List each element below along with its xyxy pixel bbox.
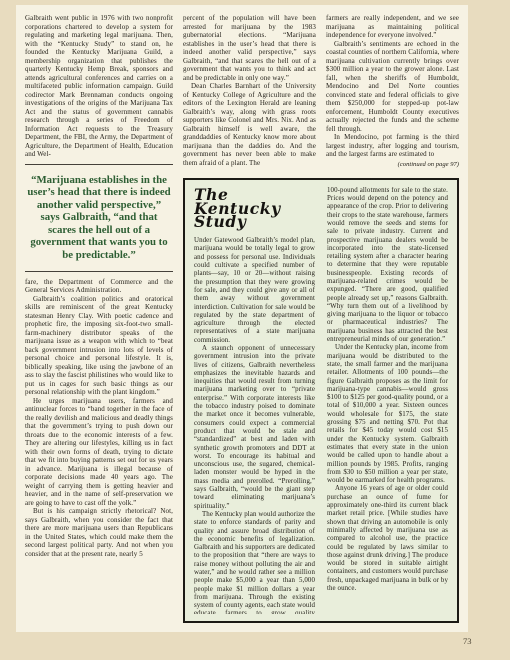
article-paragraph: farmers are really independent, and we s… [326, 14, 459, 40]
sidebar-column-1: The Kentucky Study Under Gatewood Galbra… [194, 187, 315, 614]
main-text-row: percent of the population will have been… [183, 14, 459, 172]
sidebar-paragraph: A staunch opponent of unnecessary govern… [194, 345, 315, 511]
article-paragraph: In Mendocino, pot farming is the third l… [326, 133, 459, 159]
article-paragraph: Dean Charles Barnhart of the University … [183, 82, 316, 167]
article-paragraph: fare, the Department of Commerce and the… [25, 278, 173, 295]
sidebar-title: The Kentucky Study [194, 188, 315, 229]
page-number: 73 [463, 636, 472, 646]
article-paragraph: Galbraith’s coalition politics and orato… [25, 295, 173, 397]
article-paragraph: He urges marijuana users, farmers and an… [25, 397, 173, 508]
article-paragraph: percent of the population will have been… [183, 14, 316, 82]
sidebar-paragraph: Under Gatewood Galbraith’s model plan, m… [194, 237, 315, 345]
column-left: Galbraith went public in 1976 with two n… [25, 14, 173, 623]
article-paragraph: Galbraith’s sentiments are echoed in the… [326, 40, 459, 134]
kentucky-study-sidebar: The Kentucky Study Under Gatewood Galbra… [183, 178, 459, 623]
magazine-page: Galbraith went public in 1976 with two n… [16, 5, 468, 632]
column-right: farmers are really independent, and we s… [326, 14, 459, 172]
pull-quote-box: “Marijuana establishes in the user’s hea… [25, 164, 173, 272]
right-page-area: percent of the population will have been… [183, 14, 459, 623]
column-middle: percent of the population will have been… [183, 14, 316, 172]
sidebar-paragraph: 100-pound allotments for sale to the sta… [327, 187, 448, 345]
continued-notice: (continued on page 97) [326, 161, 459, 170]
pull-quote: “Marijuana establishes in the user’s hea… [26, 174, 172, 262]
sidebar-column-2: 100-pound allotments for sale to the sta… [327, 187, 448, 614]
sidebar-paragraph: Anyone 16 years of age or older could pu… [327, 485, 448, 593]
sidebar-paragraph: Under the Kentucky plan, income from mar… [327, 344, 448, 485]
sidebar-paragraph: The Kentucky plan would authorize the st… [194, 511, 315, 614]
article-paragraph: But is his campaign strictly rhetorical?… [25, 507, 173, 558]
article-paragraph: Galbraith went public in 1976 with two n… [25, 14, 173, 159]
